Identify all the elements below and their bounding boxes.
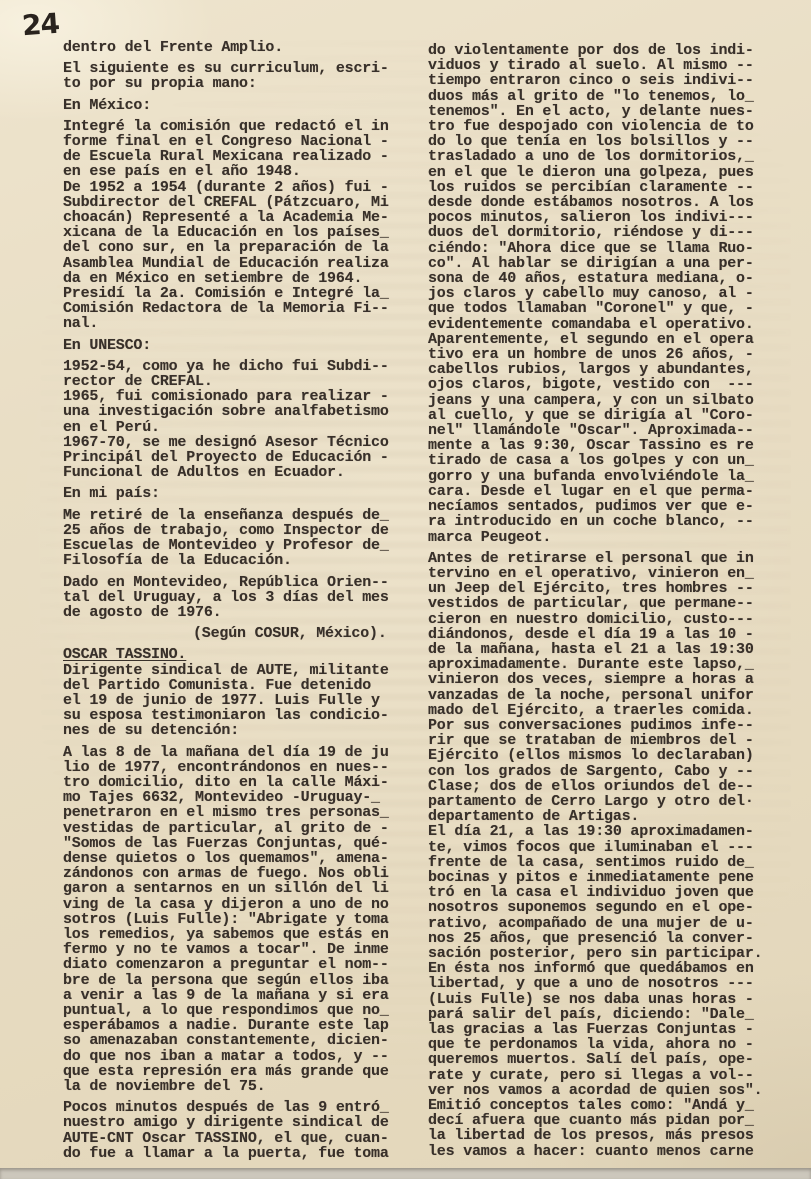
paragraph-intro: dentro del Frente Amplio.	[63, 40, 428, 55]
scanned-document-page: 24 dentro del Frente Amplio. El siguient…	[0, 0, 811, 1179]
paragraph-testimony-4: Antes de retirarse el personal que in te…	[428, 551, 793, 825]
paragraph-tassino-intro: Dirigente sindical de AUTE, militante de…	[63, 663, 428, 739]
paragraph-mexico-body: Integré la comisión que redactó el in fo…	[63, 119, 428, 332]
right-column: do violentamente por dos de los indi- vi…	[428, 40, 793, 1161]
paragraph-testimony-3: do violentamente por dos de los indi- vi…	[428, 43, 793, 545]
oscar-tassino-title: OSCAR TASSINO.	[63, 646, 186, 663]
paragraph-dado-en: Dado en Montevideo, República Orien-- ta…	[63, 575, 428, 621]
left-column: dentro del Frente Amplio. El siguiente e…	[63, 40, 428, 1161]
two-column-text: dentro del Frente Amplio. El siguiente e…	[63, 40, 803, 1161]
section-heading-mi-pais: En mi país:	[63, 486, 428, 501]
paragraph-curriculum-note: El siguiente es su curriculum, escri- to…	[63, 61, 428, 91]
section-heading-mexico: En México:	[63, 98, 428, 113]
section-heading-unesco: En UNESCO:	[63, 338, 428, 353]
paragraph-testimony-2: Pocos minutos después de las 9 entró_ nu…	[63, 1100, 428, 1161]
section-heading-oscar-tassino: OSCAR TASSINO.	[63, 647, 428, 662]
paragraph-testimony-1: A las 8 de la mañana del día 19 de ju li…	[63, 745, 428, 1095]
page-bottom-edge	[0, 1168, 811, 1179]
page-number: 24	[21, 7, 60, 42]
paragraph-unesco-body: 1952-54, como ya he dicho fui Subdi-- re…	[63, 359, 428, 481]
paragraph-testimony-5: El día 21, a las 19:30 aproximadamen- te…	[428, 824, 793, 1158]
paragraph-segun-cosur: (Según COSUR, México).	[63, 626, 428, 641]
paragraph-mi-pais-body: Me retiré de la enseñanza después de_ 25…	[63, 508, 428, 569]
